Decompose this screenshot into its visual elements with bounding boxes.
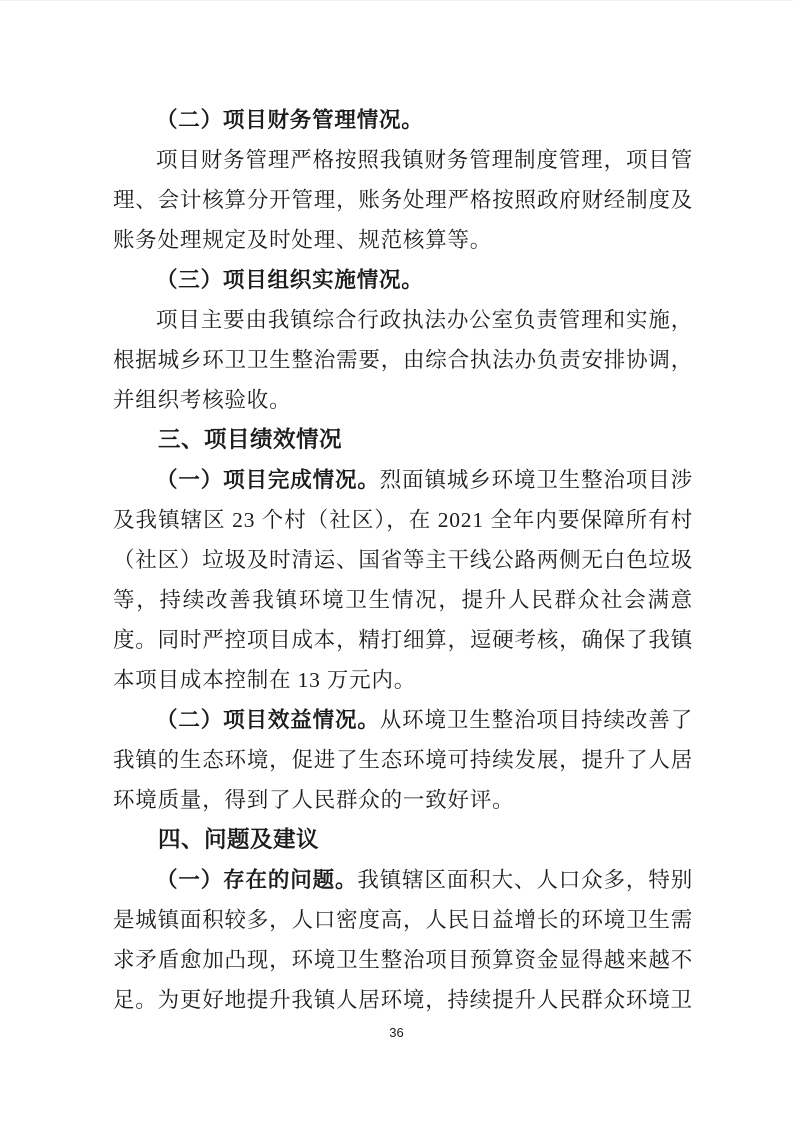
paragraph-project-benefit: （二）项目效益情况。从环境卫生整治项目持续改善了我镇的生态环境，促进了生态环境可… — [113, 700, 693, 820]
paragraph-lead-existing-problems: （一）存在的问题。 — [156, 868, 357, 892]
paragraph-existing-problems: （一）存在的问题。我镇辖区面积大、人口众多，特别是城镇面积较多，人口密度高，人民… — [113, 860, 693, 1020]
subheading-project-finance-management: （二）项目财务管理情况。 — [113, 100, 693, 140]
paragraph-lead-project-completion: （一）项目完成情况。 — [156, 468, 380, 492]
page-body-text: （二）项目财务管理情况。 项目财务管理严格按照我镇财务管理制度管理，项目管理、会… — [113, 100, 693, 1020]
page-number: 36 — [0, 1025, 793, 1041]
paragraph-text-project-completion: 烈面镇城乡环境卫生整治项目涉及我镇辖区 23 个村（社区），在 2021 全年内… — [113, 468, 693, 692]
subheading-project-organization-implementation: （三）项目组织实施情况。 — [113, 260, 693, 300]
chapter-heading-project-performance: 三、项目绩效情况 — [113, 420, 693, 460]
paragraph-project-completion: （一）项目完成情况。烈面镇城乡环境卫生整治项目涉及我镇辖区 23 个村（社区），… — [113, 460, 693, 700]
document-page: （二）项目财务管理情况。 项目财务管理严格按照我镇财务管理制度管理，项目管理、会… — [0, 0, 793, 1122]
chapter-heading-problems-and-suggestions: 四、问题及建议 — [113, 820, 693, 860]
paragraph-organization-implementation: 项目主要由我镇综合行政执法办公室负责管理和实施，根据城乡环卫卫生整治需要，由综合… — [113, 300, 693, 420]
paragraph-lead-project-benefit: （二）项目效益情况。 — [156, 708, 380, 732]
paragraph-finance-management: 项目财务管理严格按照我镇财务管理制度管理，项目管理、会计核算分开管理，账务处理严… — [113, 140, 693, 260]
